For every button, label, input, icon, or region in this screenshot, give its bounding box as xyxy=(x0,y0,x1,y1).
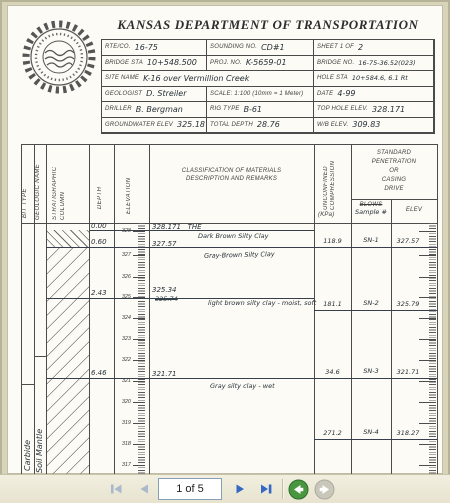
elevation-ruler-ticks xyxy=(138,223,145,475)
col-header-blows: BLOWS Sample # xyxy=(351,202,391,216)
field-sounding-no: SOUNDING NO.CD#1 xyxy=(207,40,314,56)
elev-label: 324 xyxy=(114,315,131,321)
elev-label: 323 xyxy=(114,336,131,342)
depth-value: 6.46 xyxy=(91,369,107,377)
field-rte-co: RTE/CO.16-75 xyxy=(102,40,207,56)
field-geologist: GEOLOGISTD. Streiler xyxy=(102,87,207,103)
navigation-toolbar: 1 of 5 xyxy=(0,474,450,503)
top-hole-elev-note: 328.171 THE xyxy=(152,223,202,231)
depth-value: 2.43 xyxy=(91,289,107,297)
field-wb-elev: W/B ELEV.309.83 xyxy=(314,118,434,134)
previous-page-button[interactable] xyxy=(132,478,156,500)
col-header-elev: ELEV xyxy=(391,207,437,213)
sample-elev: 325.79 xyxy=(391,300,425,308)
field-total-depth: TOTAL DEPTH28.76 xyxy=(207,118,314,134)
header-fields-table: RTE/CO.16-75 SOUNDING NO.CD#1 SHEET 1 OF… xyxy=(101,39,435,134)
soil-description: light brown silty clay - moist, soft xyxy=(208,299,316,307)
soil-description: Dark Brown Silty Clay xyxy=(198,232,268,240)
previous-page-icon xyxy=(136,481,152,497)
soil-description: Gray-Brown Silty Clay xyxy=(204,250,275,260)
soil-description: Gray silty clay - wet xyxy=(210,382,275,390)
elev-label: 325 xyxy=(114,294,131,300)
field-date: DATE4-99 xyxy=(314,87,434,103)
unconfined-value: 181.1 xyxy=(314,300,351,308)
next-view-button[interactable] xyxy=(314,479,335,500)
col-header-depth: DEPTH xyxy=(97,164,103,209)
col-header-elevation: ELEVATION xyxy=(126,156,132,214)
col-header-bit-type: BIT TYPE xyxy=(22,156,28,218)
sample-id: SN-3 xyxy=(351,367,391,375)
depth-value: 0.60 xyxy=(91,238,107,246)
col-header-unconfined-compression: UNCONFINED COMPRESSION xyxy=(323,150,336,210)
col-header-geologic-name: GEOLOGIC NAME xyxy=(35,150,41,220)
field-sheet: SHEET 1 OF2 xyxy=(314,40,434,56)
last-page-icon xyxy=(258,481,274,497)
field-scale: SCALE: 1:100 (10mm = 1 Meter) xyxy=(207,87,314,103)
col-header-stratigraphic-column: STRATIGRAPHIC COLUMN xyxy=(52,148,66,220)
toolbar-separator xyxy=(282,479,283,499)
elev-label: 328 xyxy=(114,228,131,234)
layer-elev-note-struck: 325.74 xyxy=(155,295,178,303)
unconfined-unit-label: (KPa) xyxy=(318,212,334,218)
elev-label: 317 xyxy=(114,462,131,468)
last-page-button[interactable] xyxy=(254,478,278,500)
next-view-icon xyxy=(314,479,335,500)
layer-elev-note: 327.57 xyxy=(152,240,177,248)
field-site-name: SITE NAMEK-16 over Vermillion Creek xyxy=(102,71,314,87)
sample-elev: 321.71 xyxy=(391,368,425,376)
sample-id: SN-4 xyxy=(351,428,391,436)
page-indicator-input[interactable]: 1 of 5 xyxy=(158,478,222,500)
previous-view-button[interactable] xyxy=(288,479,309,500)
field-rig-type: RIG TYPEB-61 xyxy=(207,102,314,118)
first-page-icon xyxy=(108,481,124,497)
sample-elev: 318.27 xyxy=(391,429,425,437)
first-page-button[interactable] xyxy=(104,478,128,500)
next-page-icon xyxy=(232,481,248,497)
strat-hatch-clay xyxy=(47,247,89,475)
elev-label: 320 xyxy=(114,399,131,405)
sample-id: SN-2 xyxy=(351,299,391,307)
layer-elev-note: 325.34 xyxy=(152,286,177,294)
sample-elev: 327.57 xyxy=(391,237,425,245)
field-groundwater-elev: GROUNDWATER ELEV325.18 xyxy=(102,118,207,134)
elev-label: 318 xyxy=(114,441,131,447)
document-viewer: KANSAS DEPARTMENT OF TRANSPORTATION RTE/… xyxy=(0,0,450,503)
field-bridge-sta: BRIDGE STA10+548.500 xyxy=(102,56,207,72)
page-title: KANSAS DEPARTMENT OF TRANSPORTATION xyxy=(98,17,438,33)
bit-type-annotation: Carbide xyxy=(23,391,32,471)
field-hole-sta: HOLE STA10+584.6, 6.1 Rt xyxy=(314,71,434,87)
field-top-hole-elev: TOP HOLE ELEV.328.171 xyxy=(314,102,434,118)
col-header-classification: CLASSIFICATION OF MATERIALS DESCRIPTION … xyxy=(149,168,314,182)
next-page-button[interactable] xyxy=(228,478,252,500)
depth-value: 0.00 xyxy=(91,222,107,230)
elev-label: 322 xyxy=(114,357,131,363)
elev-label: 319 xyxy=(114,420,131,426)
unconfined-value: 271.2 xyxy=(314,429,351,437)
field-driller: DRILLERB. Bergman xyxy=(102,102,207,118)
field-proj-no: PROJ. NO.K-5659-01 xyxy=(207,56,314,72)
layer-elev-note: 321.71 xyxy=(152,370,177,378)
elev-label: 326 xyxy=(114,274,131,280)
kdot-seal-logo xyxy=(19,17,99,97)
strat-hatch-topsoil xyxy=(47,230,89,247)
geologic-name-annotation: Soil Mantle xyxy=(35,361,44,473)
scanned-boring-log-page: KANSAS DEPARTMENT OF TRANSPORTATION RTE/… xyxy=(7,5,443,474)
elev-label: 327 xyxy=(114,252,131,258)
field-bridge-no: BRIDGE NO.16-75-36.52(023) xyxy=(314,56,434,72)
unconfined-value: 34.6 xyxy=(314,368,351,376)
previous-view-icon xyxy=(288,479,309,500)
sample-id: SN-1 xyxy=(351,236,391,244)
col-header-standard-penetration: STANDARD PENETRATION OR CASING DRIVE xyxy=(351,149,437,194)
sample-elev-ruler-ticks xyxy=(429,223,436,475)
unconfined-value: 118.9 xyxy=(314,237,351,245)
